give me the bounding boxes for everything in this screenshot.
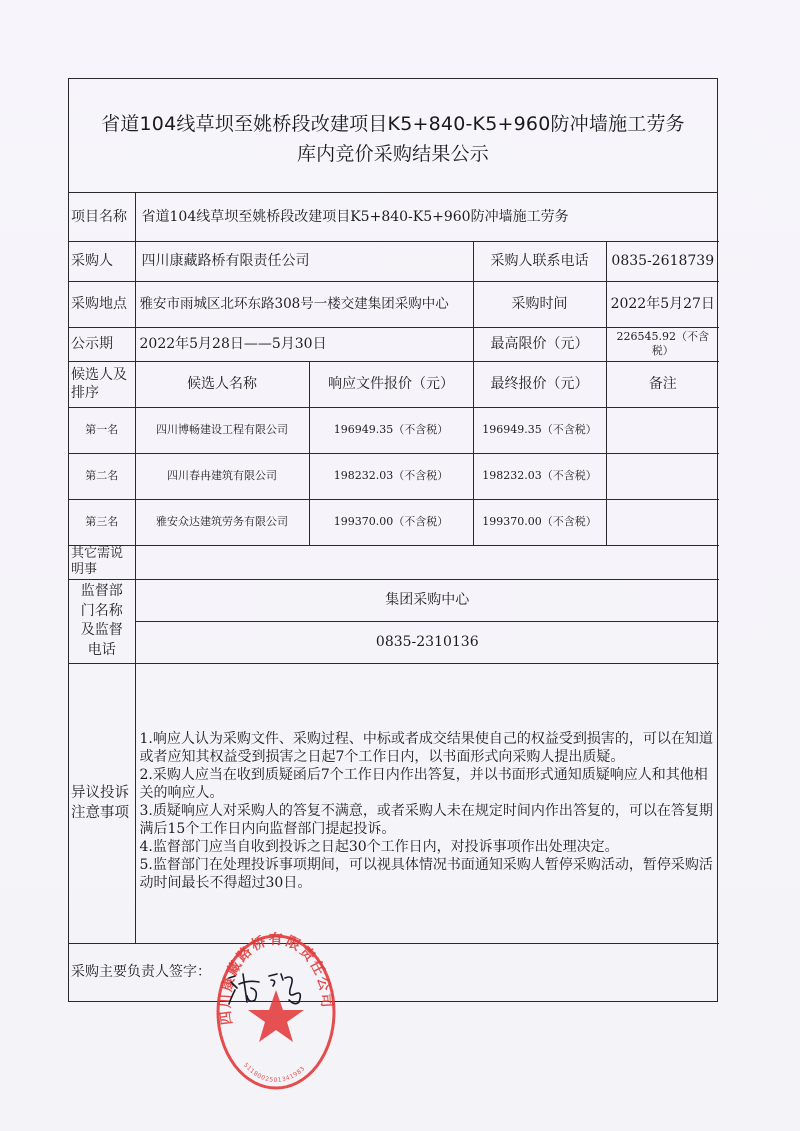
candidate-name: 四川春冉建筑有限公司 bbox=[135, 453, 309, 499]
candidate-response-quote: 196949.35（不含税） bbox=[309, 407, 473, 453]
response-quote-header: 响应文件报价（元） bbox=[309, 361, 473, 407]
project-name-label: 项目名称 bbox=[69, 193, 135, 241]
objection-item: 1.响应人认为采购文件、采购过程、中标或者成交结果使自己的权益受到损害的，可以在… bbox=[140, 730, 714, 766]
candidate-remarks bbox=[606, 453, 719, 499]
publicity-label: 公示期 bbox=[69, 327, 135, 361]
row-purchaser: 采购人 四川康藏路桥有限责任公司 采购人联系电话 0835-2618739 bbox=[69, 241, 719, 281]
announcement-form: 省道104线草坝至姚桥段改建项目K5+840-K5+960防冲墙施工劳务 库内竞… bbox=[68, 78, 718, 1002]
other-label: 其它需说明事 bbox=[69, 545, 135, 579]
name-header: 候选人名称 bbox=[135, 361, 309, 407]
row-other: 其它需说明事 bbox=[69, 545, 719, 579]
row-objection: 异议投诉注意事项 1.响应人认为采购文件、采购过程、中标或者成交结果使自己的权益… bbox=[69, 663, 719, 943]
candidate-response-quote: 198232.03（不含税） bbox=[309, 453, 473, 499]
svg-text:5118002501341983: 5118002501341983 bbox=[242, 1062, 307, 1084]
document-title: 省道104线草坝至姚桥段改建项目K5+840-K5+960防冲墙施工劳务 库内竞… bbox=[69, 79, 717, 193]
candidate-final-quote: 196949.35（不含税） bbox=[473, 407, 606, 453]
final-quote-header: 最终报价（元） bbox=[473, 361, 606, 407]
purchaser-phone-value: 0835-2618739 bbox=[606, 241, 719, 281]
objection-item: 2.采购人应当在收到质疑函后7个工作日内作出答复，并以书面形式通知质疑响应人和其… bbox=[140, 766, 714, 802]
objection-label: 异议投诉注意事项 bbox=[69, 663, 135, 943]
max-price-value: 226545.92（不含税） bbox=[606, 327, 719, 361]
max-price-label: 最高限价（元） bbox=[473, 327, 606, 361]
candidate-remarks bbox=[606, 407, 719, 453]
remarks-header: 备注 bbox=[606, 361, 719, 407]
candidate-final-quote: 198232.03（不含税） bbox=[473, 453, 606, 499]
candidate-row: 第一名 四川博畅建设工程有限公司 196949.35（不含税） 196949.3… bbox=[69, 407, 719, 453]
objection-item: 5.监督部门在处理投诉事项期间，可以视具体情况书面通知采购人暂停采购活动，暂停采… bbox=[140, 856, 714, 892]
candidate-name: 雅安众达建筑劳务有限公司 bbox=[135, 499, 309, 545]
title-line-2: 库内竞价采购结果公示 bbox=[297, 139, 489, 169]
other-value bbox=[135, 545, 719, 579]
purchaser-phone-label: 采购人联系电话 bbox=[473, 241, 606, 281]
objection-notes: 1.响应人认为采购文件、采购过程、中标或者成交结果使自己的权益受到损害的，可以在… bbox=[135, 663, 719, 943]
row-supervision-dept: 监督部门名称及监督电话 集团采购中心 bbox=[69, 579, 719, 621]
publicity-value: 2022年5月28日——5月30日 bbox=[135, 327, 473, 361]
purchase-time-value: 2022年5月27日 bbox=[606, 281, 719, 327]
signature-label: 采购主要负责人签字： bbox=[69, 943, 719, 1001]
purchase-time-label: 采购时间 bbox=[473, 281, 606, 327]
candidate-remarks bbox=[606, 499, 719, 545]
rank-header: 候选人及排序 bbox=[69, 361, 135, 407]
candidate-row: 第三名 雅安众达建筑劳务有限公司 199370.00（不含税） 199370.0… bbox=[69, 499, 719, 545]
seal-code-text: 5118002501341983 bbox=[242, 1062, 307, 1084]
objection-item: 3.质疑响应人对采购人的答复不满意，或者采购人未在规定时间内作出答复的，可以在答… bbox=[140, 802, 714, 838]
purchaser-value: 四川康藏路桥有限责任公司 bbox=[135, 241, 473, 281]
row-publicity: 公示期 2022年5月28日——5月30日 最高限价（元） 226545.92（… bbox=[69, 327, 719, 361]
location-value: 雅安市雨城区北环东路308号一楼交建集团采购中心 bbox=[135, 281, 473, 327]
row-location: 采购地点 雅安市雨城区北环东路308号一楼交建集团采购中心 采购时间 2022年… bbox=[69, 281, 719, 327]
candidate-rank: 第一名 bbox=[69, 407, 135, 453]
objection-item: 4.监督部门应当自收到投诉之日起30个工作日内，对投诉事项作出处理决定。 bbox=[140, 838, 714, 856]
scanned-page: 省道104线草坝至姚桥段改建项目K5+840-K5+960防冲墙施工劳务 库内竞… bbox=[0, 0, 800, 1131]
candidate-final-quote: 199370.00（不含税） bbox=[473, 499, 606, 545]
supervision-department: 集团采购中心 bbox=[135, 579, 719, 621]
location-label: 采购地点 bbox=[69, 281, 135, 327]
purchaser-label: 采购人 bbox=[69, 241, 135, 281]
row-signature: 采购主要负责人签字： bbox=[69, 943, 719, 1001]
candidate-response-quote: 199370.00（不含税） bbox=[309, 499, 473, 545]
candidate-header-row: 候选人及排序 候选人名称 响应文件报价（元） 最终报价（元） 备注 bbox=[69, 361, 719, 407]
title-line-1: 省道104线草坝至姚桥段改建项目K5+840-K5+960防冲墙施工劳务 bbox=[101, 109, 685, 139]
candidate-name: 四川博畅建设工程有限公司 bbox=[135, 407, 309, 453]
project-name-value: 省道104线草坝至姚桥段改建项目K5+840-K5+960防冲墙施工劳务 bbox=[135, 193, 719, 241]
supervision-phone: 0835-2310136 bbox=[135, 621, 719, 663]
supervision-label: 监督部门名称及监督电话 bbox=[69, 579, 135, 663]
candidate-row: 第二名 四川春冉建筑有限公司 198232.03（不含税） 198232.03（… bbox=[69, 453, 719, 499]
row-project-name: 项目名称 省道104线草坝至姚桥段改建项目K5+840-K5+960防冲墙施工劳… bbox=[69, 193, 719, 241]
info-table: 项目名称 省道104线草坝至姚桥段改建项目K5+840-K5+960防冲墙施工劳… bbox=[69, 193, 719, 1001]
candidate-rank: 第三名 bbox=[69, 499, 135, 545]
row-supervision-phone: 0835-2310136 bbox=[69, 621, 719, 663]
candidate-rank: 第二名 bbox=[69, 453, 135, 499]
